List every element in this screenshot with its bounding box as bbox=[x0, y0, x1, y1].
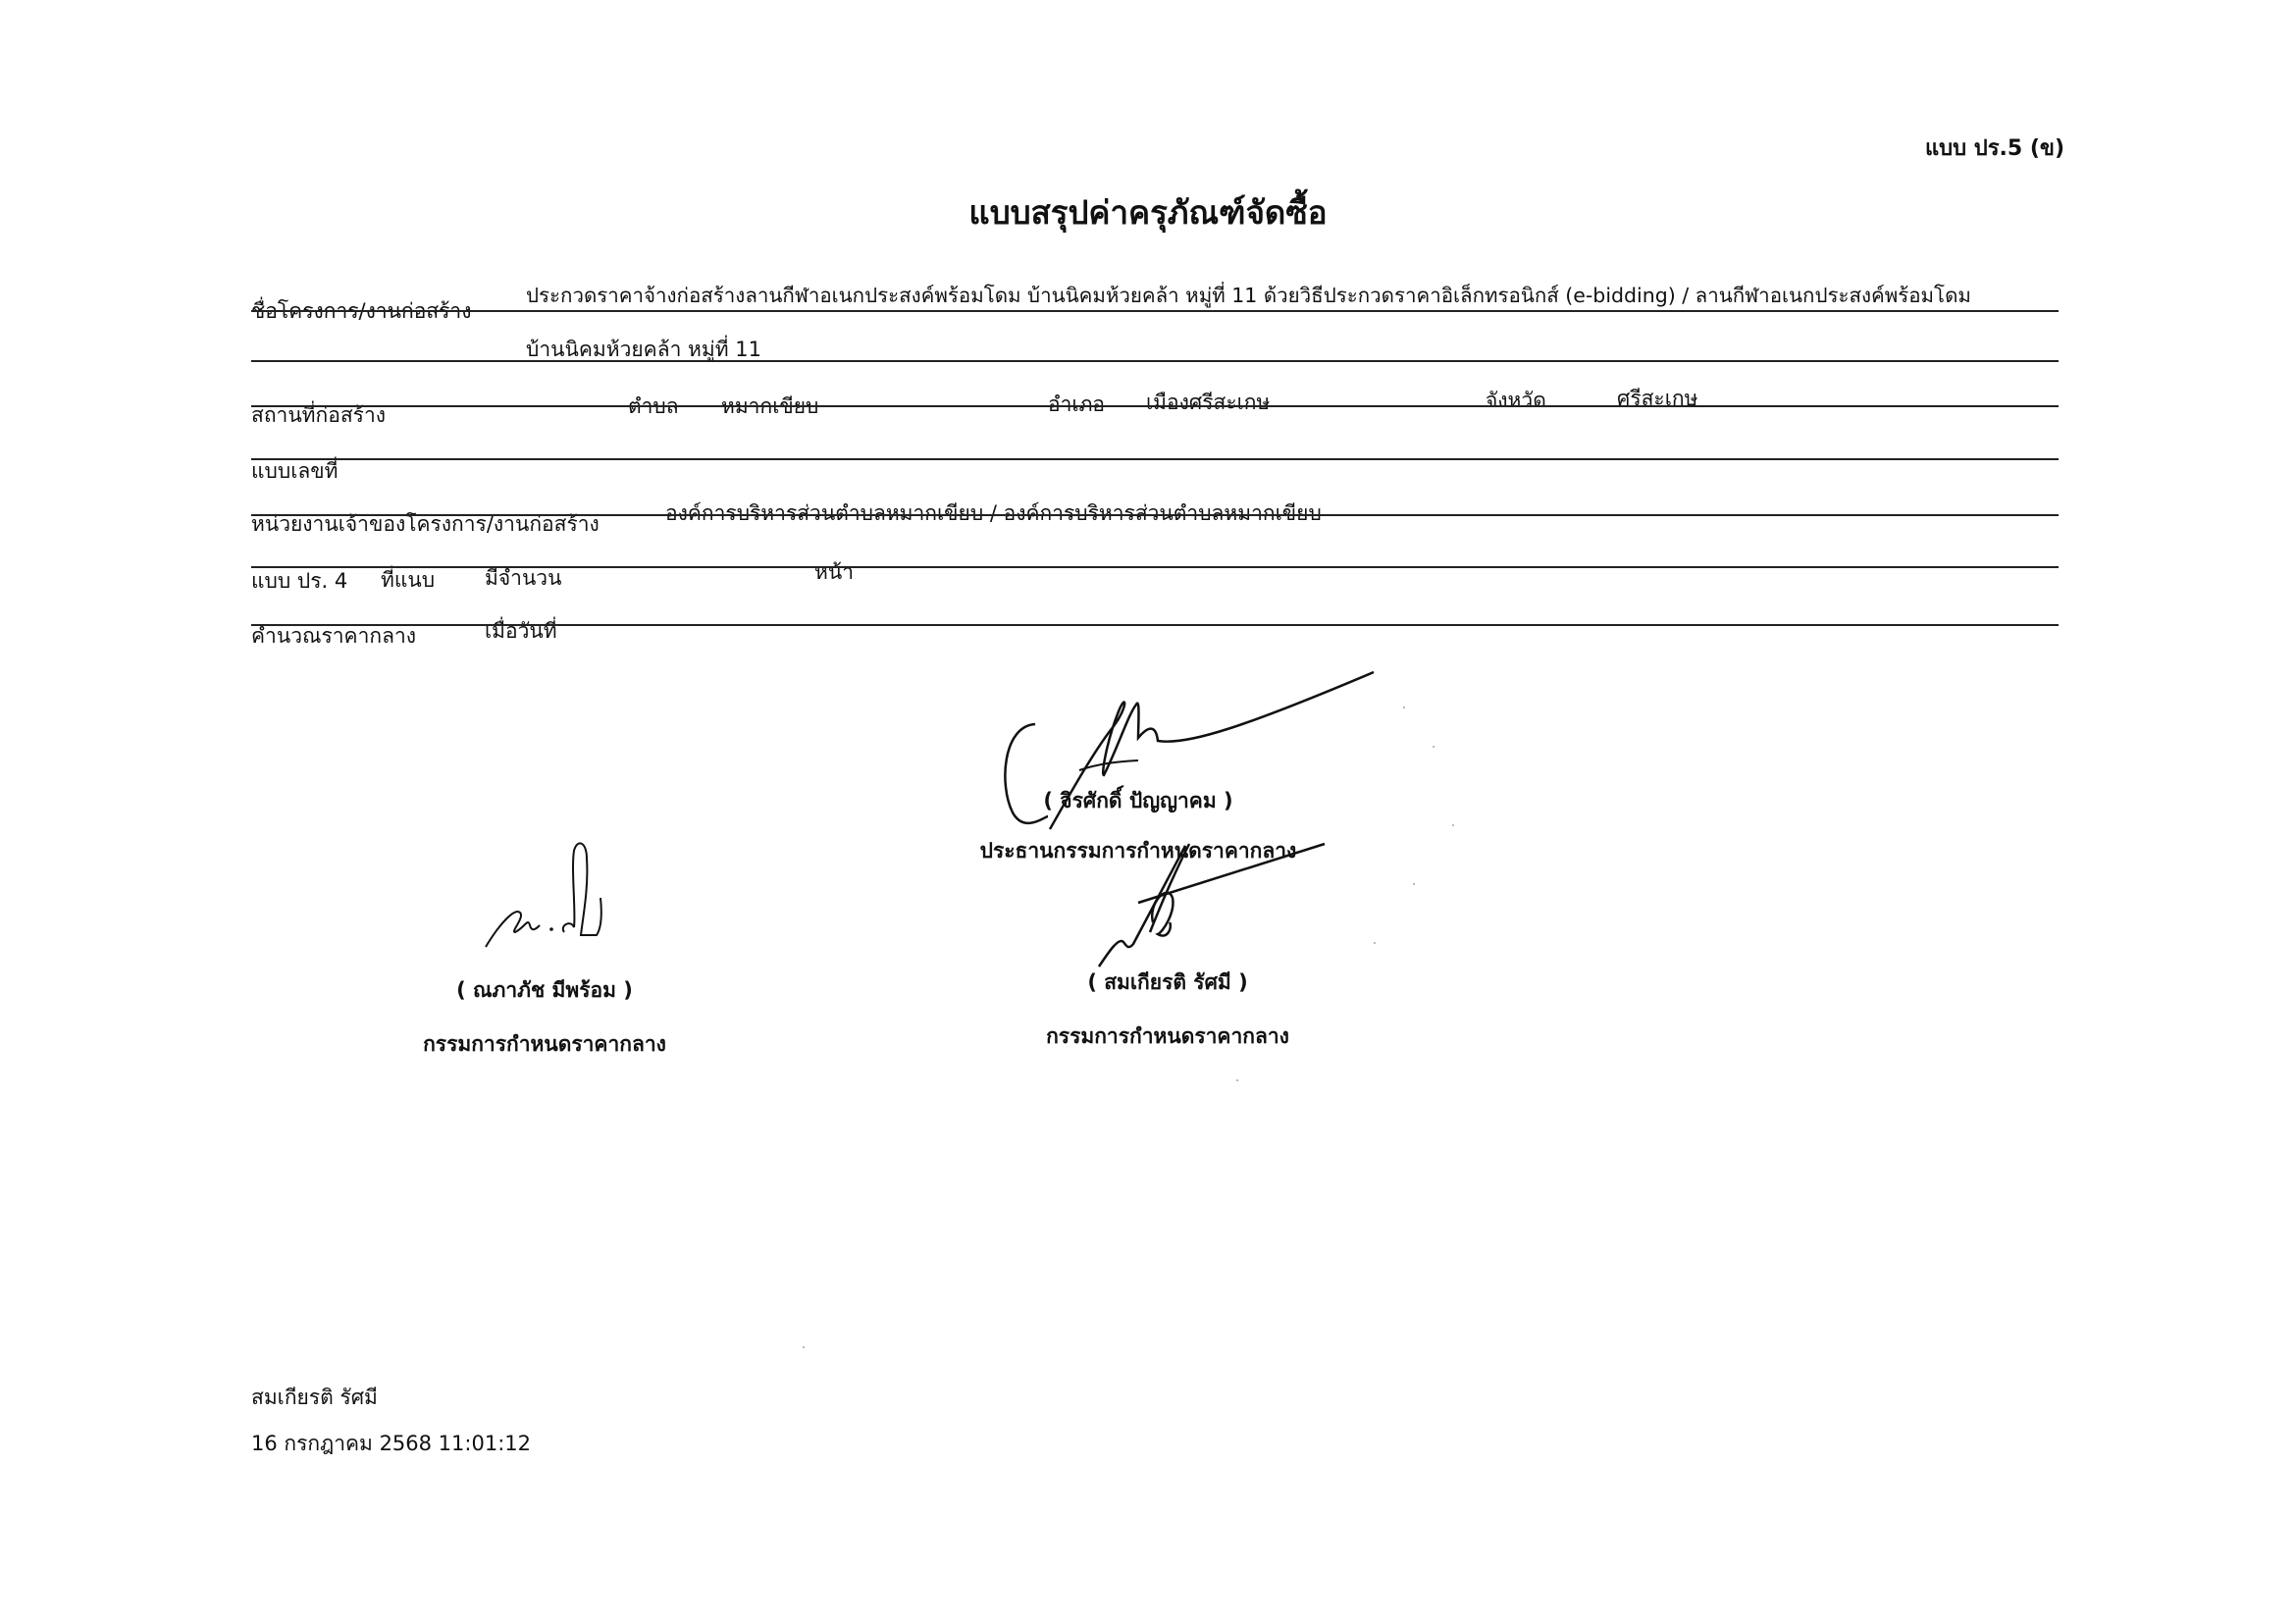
scan-speck bbox=[1413, 883, 1415, 885]
scan-speck bbox=[1403, 707, 1405, 708]
pages-label: หน้า bbox=[814, 556, 854, 589]
committee-1-name: ( ณภาภัช มีพร้อม ) bbox=[392, 974, 697, 1007]
project-value-line1: ประกวดราคาจ้างก่อสร้างลานกีฬาอเนกประสงค์… bbox=[526, 280, 1971, 312]
scan-speck bbox=[1374, 942, 1376, 944]
signature-committee-1 bbox=[481, 839, 628, 957]
calc-date-underline bbox=[251, 624, 2059, 626]
attached-label: ที่แนบ bbox=[381, 564, 435, 597]
calc-date-prefix: เมื่อวันที่ bbox=[485, 615, 557, 648]
footer-signer: สมเกียรติ รัศมี bbox=[251, 1382, 378, 1414]
project-underline-2 bbox=[251, 360, 2059, 362]
owner-underline bbox=[251, 514, 2059, 516]
document-title: แบบสรุปค่าครุภัณฑ์จัดซื้อ bbox=[0, 186, 2296, 238]
scan-speck bbox=[1236, 1079, 1238, 1081]
attachment-underline bbox=[251, 566, 2059, 568]
location-label: สถานที่ก่อสร้าง bbox=[251, 399, 386, 432]
committee-2-name: ( สมเกียรติ รัศมี ) bbox=[1011, 967, 1325, 999]
owner-label: หน่วยงานเจ้าของโครงการ/งานก่อสร้าง bbox=[251, 508, 600, 541]
scan-speck bbox=[1433, 746, 1435, 748]
signature-block-committee-1: ( ณภาภัช มีพร้อม ) กรรมการกำหนดราคากลาง bbox=[392, 974, 697, 1061]
location-underline bbox=[251, 405, 2059, 407]
scan-speck bbox=[1452, 824, 1454, 826]
footer-timestamp: 16 กรกฎาคม 2568 11:01:12 bbox=[251, 1428, 531, 1460]
province-label: จังหวัด bbox=[1486, 385, 1546, 417]
attachment-form-label: แบบ ปร. 4 bbox=[251, 565, 347, 598]
committee-1-role: กรรมการกำหนดราคากลาง bbox=[392, 1028, 697, 1061]
drawing-no-underline bbox=[251, 458, 2059, 460]
project-underline bbox=[251, 310, 2059, 312]
district-value: เมืองศรีสะเกษ bbox=[1146, 387, 1270, 419]
signature-committee-2 bbox=[1079, 844, 1334, 981]
chairman-name: ( จิรศักดิ์ ปัญญาคม ) bbox=[971, 785, 1305, 817]
province-value: ศรีสะเกษ bbox=[1617, 383, 1697, 415]
scan-speck bbox=[803, 1346, 805, 1348]
committee-2-role: กรรมการกำหนดราคากลาง bbox=[1011, 1021, 1325, 1053]
signature-block-committee-2: ( สมเกียรติ รัศมี ) กรรมการกำหนดราคากลาง bbox=[1011, 967, 1325, 1053]
form-code: แบบ ปร.5 (ข) bbox=[1925, 131, 2064, 165]
